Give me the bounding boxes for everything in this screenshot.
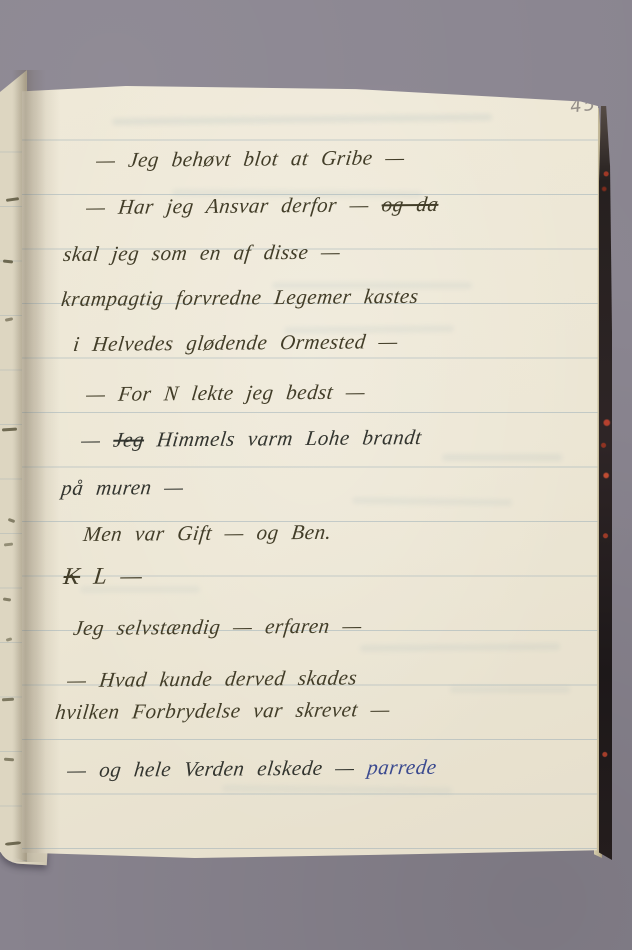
manuscript-line: — Hvad kunde derved skades (66, 665, 359, 693)
line-text: Himmels varm Lohe brandt (143, 425, 423, 451)
ink-showthrough (360, 643, 560, 652)
ink-showthrough (112, 114, 492, 126)
line-text: krampagtig forvredne Legemer kastes (60, 284, 420, 311)
manuscript-line: — Har jeg Ansvar derfor — og da (85, 192, 440, 220)
manuscript-line: Jeg selvstændig — erfaren — (72, 613, 363, 641)
manuscript-line: — Jeg Himmels varm Lohe brandt (80, 425, 423, 453)
line-text: — Har jeg Ansvar derfor — (85, 192, 383, 219)
struck-text: og da (380, 192, 440, 216)
notebook-page: 45 — Jeg behøvt blot at Gribe — — Har je… (22, 86, 598, 858)
blue-ink-text: parrede (366, 755, 438, 780)
line-text: Men var Gift — og Ben. (82, 520, 333, 546)
ink-showthrough (352, 497, 512, 506)
page-number: 45 (569, 91, 615, 117)
ink-showthrough (442, 454, 562, 461)
manuscript-line: K L — (62, 563, 144, 591)
line-text: — og hele Verden elskede — (66, 755, 369, 782)
manuscript-line: krampagtig forvredne Legemer kastes (60, 284, 420, 312)
marbled-cover-edge (599, 106, 612, 860)
manuscript-line: på muren — (60, 475, 185, 501)
line-text: på muren — (60, 475, 185, 500)
photograph-background: { "document": { "page_number": "45", "li… (0, 0, 632, 950)
manuscript-line: — For N lekte jeg bedst — (85, 380, 367, 407)
line-text: Jeg selvstændig — erfaren — (72, 613, 363, 640)
struck-text: Jeg (112, 427, 145, 451)
manuscript-line: hvilken Forbrydelse var skrevet — (54, 697, 391, 725)
previous-page-ink-mark (2, 698, 14, 702)
ink-showthrough (450, 686, 570, 693)
manuscript-line: skal jeg som en af disse — (62, 240, 342, 267)
line-text: skal jeg som en af disse — (62, 240, 342, 266)
line-text: i Helvedes glødende Ormested — (72, 329, 399, 356)
manuscript-line: — og hele Verden elskede — parrede (66, 755, 438, 783)
line-text: hvilken Forbrydelse var skrevet — (54, 697, 391, 724)
line-text: — Hvad kunde derved skades (66, 665, 358, 692)
line-text: — (80, 428, 115, 452)
ink-showthrough (222, 785, 452, 794)
line-text: L — (79, 563, 144, 590)
line-text: — Jeg behøvt blot at Gribe — (95, 145, 406, 172)
manuscript-line: — Jeg behøvt blot at Gribe — (95, 145, 406, 173)
manuscript-line: i Helvedes glødende Ormested — (72, 329, 399, 357)
manuscript-line: Men var Gift — og Ben. (82, 520, 333, 547)
line-text: — For N lekte jeg bedst — (85, 380, 366, 406)
